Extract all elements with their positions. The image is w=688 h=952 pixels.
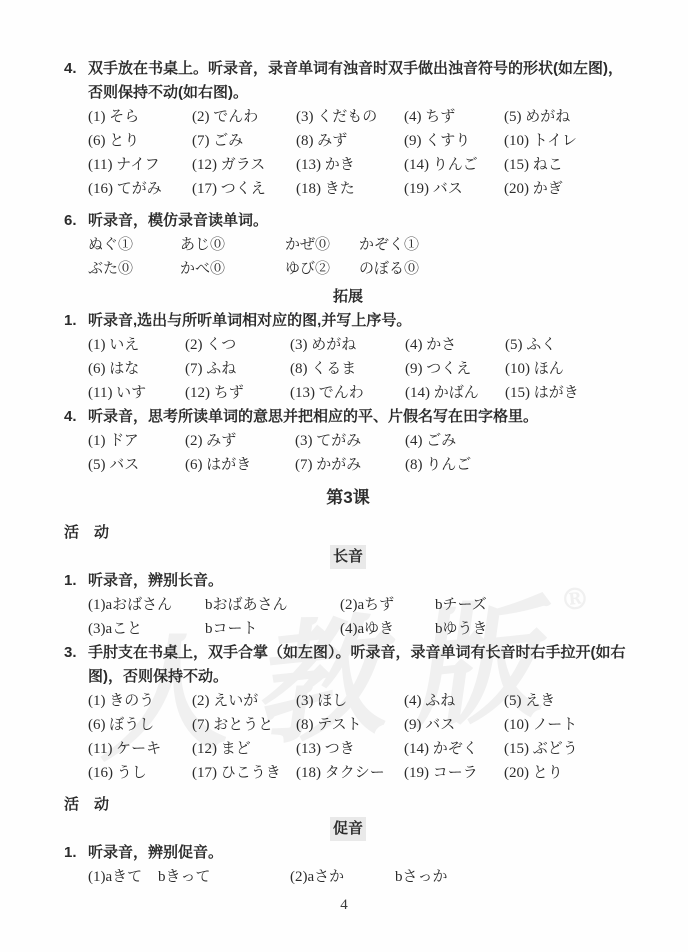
expansion-exercise-1-wordlist: (1) いえ(2) くつ(3) めがね(4) かさ(5) ふく(6) はな(7)… bbox=[88, 333, 632, 405]
word-item: (9) つくえ bbox=[405, 357, 505, 381]
long-vowel-exercise-1-number: 1. bbox=[64, 569, 88, 593]
exercise-6-instruction: 6. 听录音，模仿录音读单词。 bbox=[64, 209, 632, 233]
word-item: bおばあさん bbox=[205, 593, 340, 617]
long-vowel-exercise-1-pairs: (1)aおばさんbおばあさん(2)aちずbチーズ(3)aことbコート(4)aゆき… bbox=[88, 593, 632, 641]
word-item: bコート bbox=[205, 617, 340, 641]
word-item: (13) かき bbox=[296, 153, 404, 177]
word-item: (6) はがき bbox=[185, 453, 295, 477]
word-item: (8) テスト bbox=[296, 713, 404, 737]
word-item: (11) いす bbox=[88, 381, 185, 405]
sokuon-label: 促音 bbox=[330, 817, 366, 841]
word-item: (13) つき bbox=[296, 737, 404, 761]
long-vowel-exercise-1-section: 1. 听录音，辨别长音。 (1)aおばさんbおばあさん(2)aちずbチーズ(3)… bbox=[64, 569, 632, 641]
word-item: (2)aちず bbox=[340, 593, 435, 617]
word-item: (3) めがね bbox=[290, 333, 405, 357]
word-item: (18) タクシー bbox=[296, 761, 404, 785]
expansion-exercise-4-number: 4. bbox=[64, 405, 88, 429]
word-item: (2)aさか bbox=[290, 865, 395, 889]
word-item: bチーズ bbox=[435, 593, 632, 617]
word-item: (7) ふね bbox=[185, 357, 290, 381]
exercise-4-section: 4. 双手放在书桌上。听录音，录音单词有浊音时双手做出浊音符号的形状(如左图)，… bbox=[64, 57, 632, 201]
sokuon-exercise-1-text: 听录音，辨别促音。 bbox=[88, 841, 632, 865]
word-item: (15) はがき bbox=[505, 381, 632, 405]
word-item: (3) てがみ bbox=[295, 429, 405, 453]
word-item: (2) えいが bbox=[192, 689, 296, 713]
expansion-exercise-1-text: 听录音,选出与所听单词相对应的图,并写上序号。 bbox=[88, 309, 632, 333]
sokuon-subheading: 促音 bbox=[64, 817, 632, 841]
exercise-6-section: 6. 听录音，模仿录音读单词。 ぬぐ①あじ⓪かぜ⓪かぞく①ぶた⓪かべ⓪ゆび②のぼ… bbox=[64, 209, 632, 281]
long-vowel-subheading: 长音 bbox=[64, 545, 632, 569]
word-item: (7) ごみ bbox=[192, 129, 296, 153]
activity-2-heading: 活 动 bbox=[64, 793, 632, 817]
exercise-6-text: 听录音，模仿录音读单词。 bbox=[88, 209, 632, 233]
word-item: (7) かがみ bbox=[295, 453, 405, 477]
word-item: ぶた⓪ bbox=[88, 257, 180, 281]
word-item: かぞく① bbox=[359, 233, 632, 257]
exercise-4-wordlist: (1) そら(2) でんわ(3) くだもの(4) ちず(5) めがね(6) とり… bbox=[88, 105, 632, 201]
word-item: (4)aゆき bbox=[340, 617, 435, 641]
word-item: (7) おとうと bbox=[192, 713, 296, 737]
word-item: (1)aおばさん bbox=[88, 593, 205, 617]
word-item: (16) てがみ bbox=[88, 177, 192, 201]
long-vowel-exercise-3-section: 3. 手肘支在书桌上，双手合掌（如左图）。听录音，录音单词有长音时右手拉开(如右… bbox=[64, 641, 632, 785]
sokuon-exercise-1-pairs: (1)aきてbきって(2)aさかbさっか bbox=[88, 865, 632, 889]
long-vowel-exercise-3-number: 3. bbox=[64, 641, 88, 665]
word-item: (1) きのう bbox=[88, 689, 192, 713]
word-item: (13) でんわ bbox=[290, 381, 405, 405]
word-item: (10) トイレ bbox=[504, 129, 632, 153]
word-item: ぬぐ① bbox=[88, 233, 180, 257]
expansion-exercise-4-text: 听录音，思考所读单词的意思并把相应的平、片假名写在田字格里。 bbox=[88, 405, 632, 429]
word-item: (5) えき bbox=[504, 689, 632, 713]
word-item: (4) ちず bbox=[404, 105, 504, 129]
word-item: (1) ドア bbox=[88, 429, 185, 453]
sokuon-exercise-1-section: 1. 听录音，辨别促音。 (1)aきてbきって(2)aさかbさっか bbox=[64, 841, 632, 889]
word-item: bきって bbox=[158, 865, 290, 889]
word-item: (14) りんご bbox=[404, 153, 504, 177]
word-item: (19) コーラ bbox=[404, 761, 504, 785]
word-item: (4) かさ bbox=[405, 333, 505, 357]
word-item: (15) ねこ bbox=[504, 153, 632, 177]
word-item: (14) かぞく bbox=[404, 737, 504, 761]
word-item: (17) つくえ bbox=[192, 177, 296, 201]
word-item: (6) とり bbox=[88, 129, 192, 153]
long-vowel-exercise-3-wordlist: (1) きのう(2) えいが(3) ほし(4) ふね(5) えき(6) ぼうし(… bbox=[88, 689, 632, 785]
word-item: (1) そら bbox=[88, 105, 192, 129]
page-number: 4 bbox=[0, 893, 688, 917]
word-item: かぜ⓪ bbox=[285, 233, 359, 257]
word-item: (10) ノート bbox=[504, 713, 632, 737]
word-item: (17) ひこうき bbox=[192, 761, 296, 785]
expansion-exercise-1-section: 1. 听录音,选出与所听单词相对应的图,并写上序号。 (1) いえ(2) くつ(… bbox=[64, 309, 632, 405]
word-item: (8) くるま bbox=[290, 357, 405, 381]
long-vowel-exercise-3-instruction: 3. 手肘支在书桌上，双手合掌（如左图）。听录音，录音单词有长音时右手拉开(如右… bbox=[64, 641, 632, 689]
activity-1-heading: 活 动 bbox=[64, 521, 632, 545]
sokuon-exercise-1-number: 1. bbox=[64, 841, 88, 865]
word-item: (6) ぼうし bbox=[88, 713, 192, 737]
lesson-3-title: 第3课 bbox=[64, 485, 632, 511]
expansion-exercise-1-instruction: 1. 听录音,选出与所听单词相对应的图,并写上序号。 bbox=[64, 309, 632, 333]
word-item: (9) くすり bbox=[404, 129, 504, 153]
exercise-4-number: 4. bbox=[64, 57, 88, 81]
word-item: (12) ガラス bbox=[192, 153, 296, 177]
long-vowel-exercise-1-instruction: 1. 听录音，辨别长音。 bbox=[64, 569, 632, 593]
word-item: かべ⓪ bbox=[180, 257, 285, 281]
sokuon-exercise-1-instruction: 1. 听录音，辨别促音。 bbox=[64, 841, 632, 865]
word-item: (4) ごみ bbox=[405, 429, 632, 453]
word-item: (11) ケーキ bbox=[88, 737, 192, 761]
exercise-4-text: 双手放在书桌上。听录音，录音单词有浊音时双手做出浊音符号的形状(如左图)，否则保… bbox=[88, 57, 632, 105]
word-item: (18) きた bbox=[296, 177, 404, 201]
word-item: (15) ぶどう bbox=[504, 737, 632, 761]
word-item: (8) みず bbox=[296, 129, 404, 153]
long-vowel-exercise-3-text: 手肘支在书桌上，双手合掌（如左图）。听录音，录音单词有长音时右手拉开(如右图)，… bbox=[88, 641, 632, 689]
word-item: (11) ナイフ bbox=[88, 153, 192, 177]
word-item: (5) ふく bbox=[505, 333, 632, 357]
word-item: (3) ほし bbox=[296, 689, 404, 713]
word-item: (19) バス bbox=[404, 177, 504, 201]
word-item: bゆうき bbox=[435, 617, 632, 641]
long-vowel-exercise-1-text: 听录音，辨别长音。 bbox=[88, 569, 632, 593]
exercise-6-wordlist: ぬぐ①あじ⓪かぜ⓪かぞく①ぶた⓪かべ⓪ゆび②のぼる⓪ bbox=[88, 233, 632, 281]
word-item: (2) みず bbox=[185, 429, 295, 453]
word-item: (5) めがね bbox=[504, 105, 632, 129]
expansion-heading: 拓展 bbox=[64, 285, 632, 309]
word-item: (3)aこと bbox=[88, 617, 205, 641]
word-item: (16) うし bbox=[88, 761, 192, 785]
expansion-exercise-4-section: 4. 听录音，思考所读单词的意思并把相应的平、片假名写在田字格里。 (1) ドア… bbox=[64, 405, 632, 477]
word-item: (9) バス bbox=[404, 713, 504, 737]
word-item: (5) バス bbox=[88, 453, 185, 477]
word-item: bさっか bbox=[395, 865, 632, 889]
exercise-4-instruction: 4. 双手放在书桌上。听录音，录音单词有浊音时双手做出浊音符号的形状(如左图)，… bbox=[64, 57, 632, 105]
word-item: (10) ほん bbox=[505, 357, 632, 381]
exercise-6-number: 6. bbox=[64, 209, 88, 233]
word-item: (14) かばん bbox=[405, 381, 505, 405]
word-item: (12) まど bbox=[192, 737, 296, 761]
expansion-exercise-1-number: 1. bbox=[64, 309, 88, 333]
word-item: ゆび② bbox=[285, 257, 359, 281]
word-item: (20) かぎ bbox=[504, 177, 632, 201]
word-item: (1)aきて bbox=[88, 865, 158, 889]
word-item: (20) とり bbox=[504, 761, 632, 785]
word-item: (12) ちず bbox=[185, 381, 290, 405]
workbook-page: 人教版® 4. 双手放在书桌上。听录音，录音单词有浊音时双手做出浊音符号的形状(… bbox=[0, 0, 688, 952]
expansion-exercise-4-wordlist: (1) ドア(2) みず(3) てがみ(4) ごみ(5) バス(6) はがき(7… bbox=[88, 429, 632, 477]
page-content: 4. 双手放在书桌上。听录音，录音单词有浊音时双手做出浊音符号的形状(如左图)，… bbox=[64, 57, 632, 889]
expansion-exercise-4-instruction: 4. 听录音，思考所读单词的意思并把相应的平、片假名写在田字格里。 bbox=[64, 405, 632, 429]
word-item: (6) はな bbox=[88, 357, 185, 381]
word-item: (3) くだもの bbox=[296, 105, 404, 129]
long-vowel-label: 长音 bbox=[330, 545, 366, 569]
word-item: (4) ふね bbox=[404, 689, 504, 713]
word-item: (1) いえ bbox=[88, 333, 185, 357]
word-item: (2) くつ bbox=[185, 333, 290, 357]
word-item: のぼる⓪ bbox=[359, 257, 632, 281]
word-item: (2) でんわ bbox=[192, 105, 296, 129]
word-item: (8) りんご bbox=[405, 453, 632, 477]
word-item: あじ⓪ bbox=[180, 233, 285, 257]
